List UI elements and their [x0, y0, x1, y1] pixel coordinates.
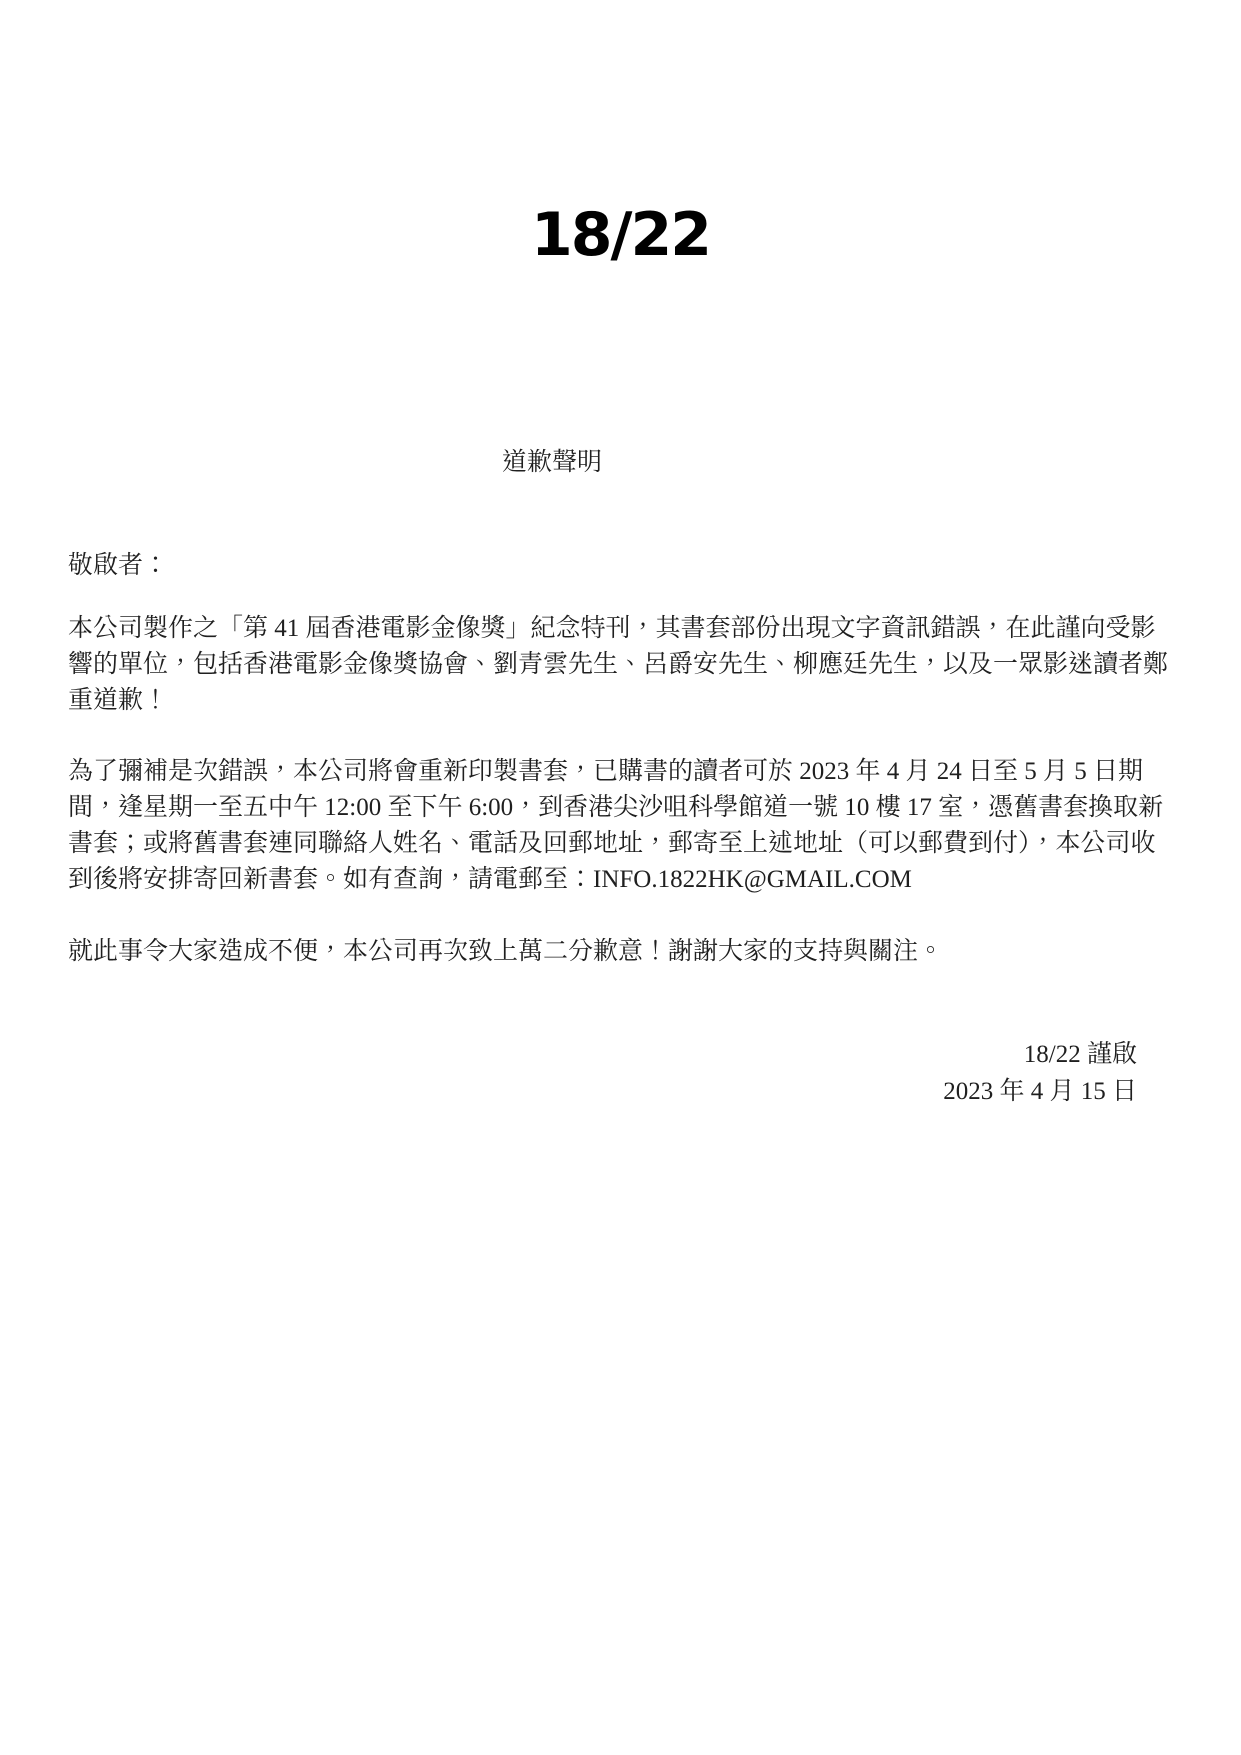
paragraph-apology: 本公司製作之「第 41 屆香港電影金像獎」紀念特刊，其書套部份出現文字資訊錯誤，… [68, 611, 1172, 719]
paragraph-remedy: 為了彌補是次錯誤，本公司將會重新印製書套，已購書的讀者可於 2023 年 4 月… [68, 754, 1172, 898]
document-title: 道歉聲明 [0, 448, 1104, 478]
salutation: 敬啟者： [68, 548, 168, 584]
signature-name: 18/22 謹啟 [943, 1036, 1137, 1073]
paragraph-closing: 就此事令大家造成不便，本公司再次致上萬二分歉意！謝謝大家的支持與關注。 [68, 934, 1172, 970]
signature-block: 18/22 謹啟 2023 年 4 月 15 日 [943, 1036, 1137, 1110]
company-logo: 18/22 [0, 205, 1241, 265]
apology-letter-page: 18/22 道歉聲明 敬啟者： 本公司製作之「第 41 屆香港電影金像獎」紀念特… [0, 0, 1241, 1755]
signature-date: 2023 年 4 月 15 日 [943, 1073, 1137, 1110]
